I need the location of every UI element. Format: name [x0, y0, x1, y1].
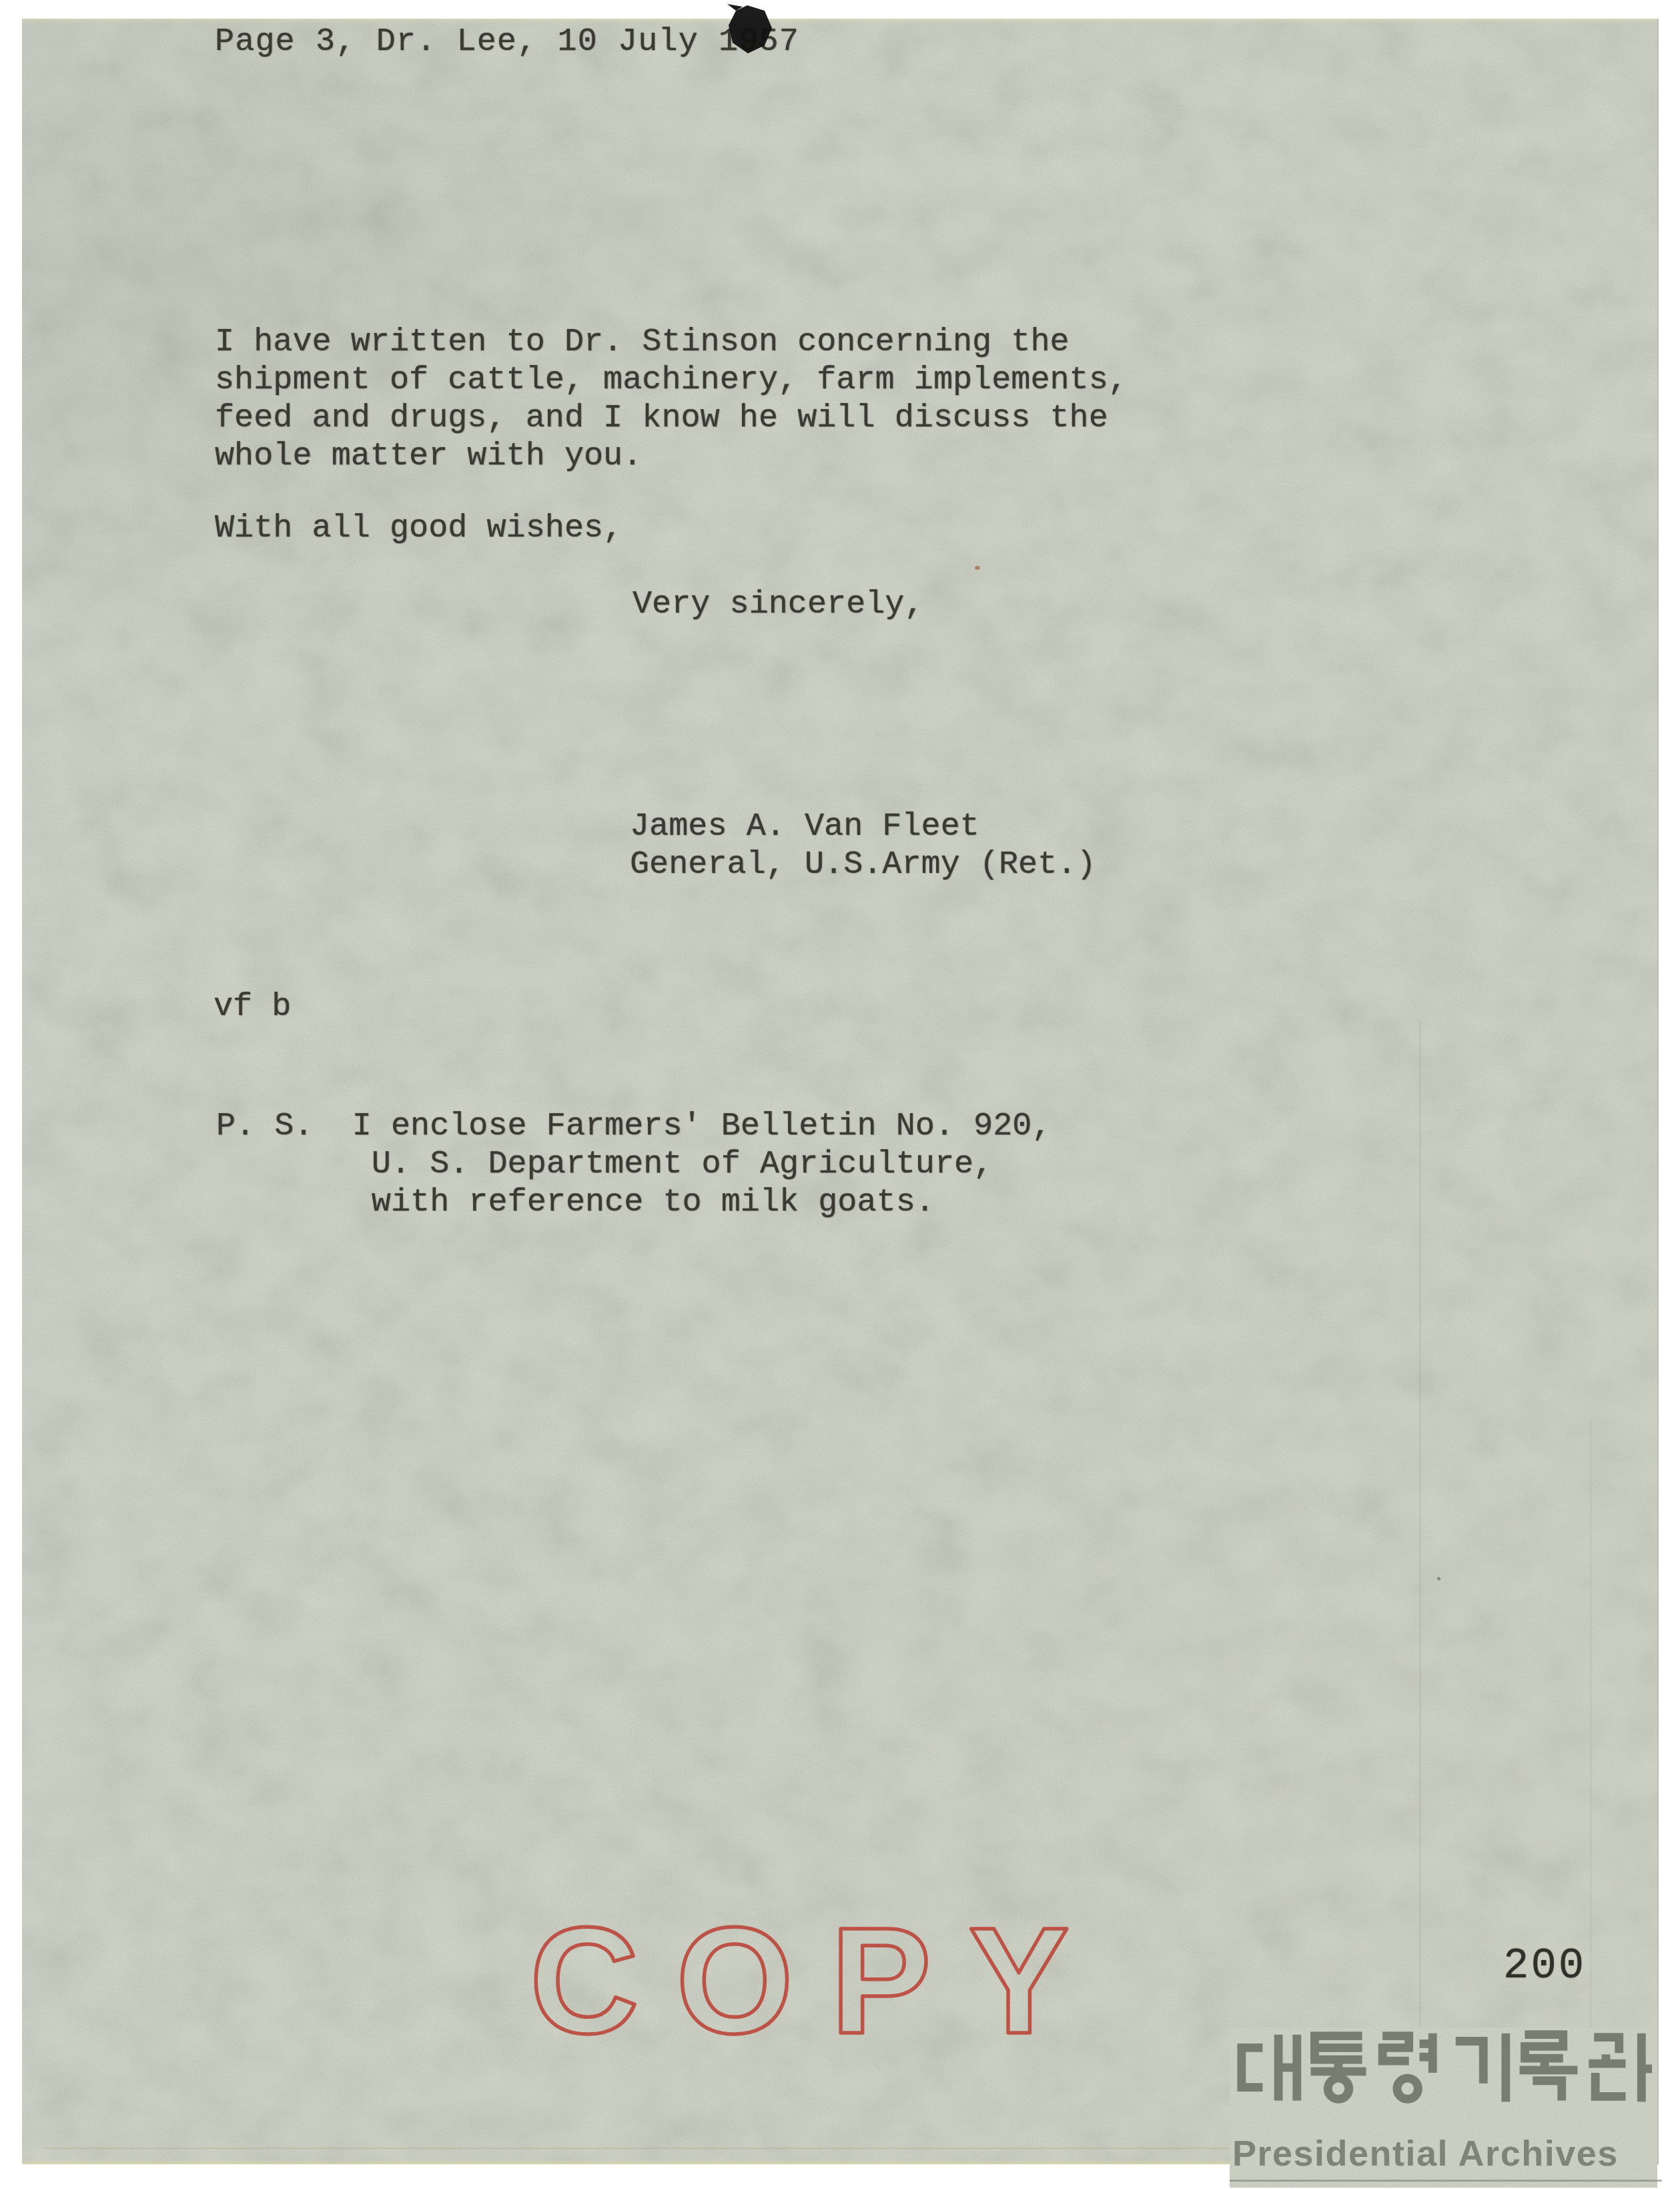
ink-blot-icon: [721, 1, 781, 59]
english-watermark-text: Presidential Archives: [1232, 2133, 1660, 2174]
page-number-stamp: 200: [1503, 1943, 1586, 1990]
paper-fold-line: [45, 2148, 1246, 2149]
hangul-glyph-gwan: [1589, 2034, 1652, 2102]
hangul-glyph-gi: [1456, 2034, 1506, 2102]
signature-name: James A. Van Fleet: [630, 808, 979, 846]
hangul-glyph-dae: [1242, 2035, 1297, 2101]
korean-watermark-text: [1234, 2030, 1655, 2105]
signature-title: General, U.S.Army (Ret.): [630, 846, 1096, 884]
hangul-glyph-rok: [1520, 2035, 1578, 2101]
rust-speck: [975, 566, 980, 570]
closing-line: With all good wishes,: [215, 509, 622, 547]
hangul-glyph-ryeong: [1382, 2034, 1432, 2100]
body-paragraph: I have written to Dr. Stinson concerning…: [215, 323, 1128, 475]
archives-watermark-block: Presidential Archives: [1230, 2027, 1657, 2188]
hangul-glyph-tong: [1311, 2036, 1366, 2100]
typist-initials: vf b: [214, 988, 291, 1026]
valediction-line: Very sincerely,: [633, 585, 924, 623]
postscript-block: P. S. I enclose Farmers' Belletin No. 92…: [216, 1107, 1052, 1221]
copy-stamp-text: COPY: [530, 1921, 1100, 2058]
copy-stamp: COPY: [526, 1921, 1100, 2058]
paper-crease: [1419, 1020, 1421, 2181]
page-header-line: Page 3, Dr. Lee, 10 July 1957: [215, 23, 799, 61]
scanned-letter-page: Page 3, Dr. Lee, 10 July 1957 I have wri…: [0, 0, 1680, 2189]
ink-speck: [1437, 1577, 1440, 1580]
watermark-underline: [1230, 2180, 1662, 2182]
